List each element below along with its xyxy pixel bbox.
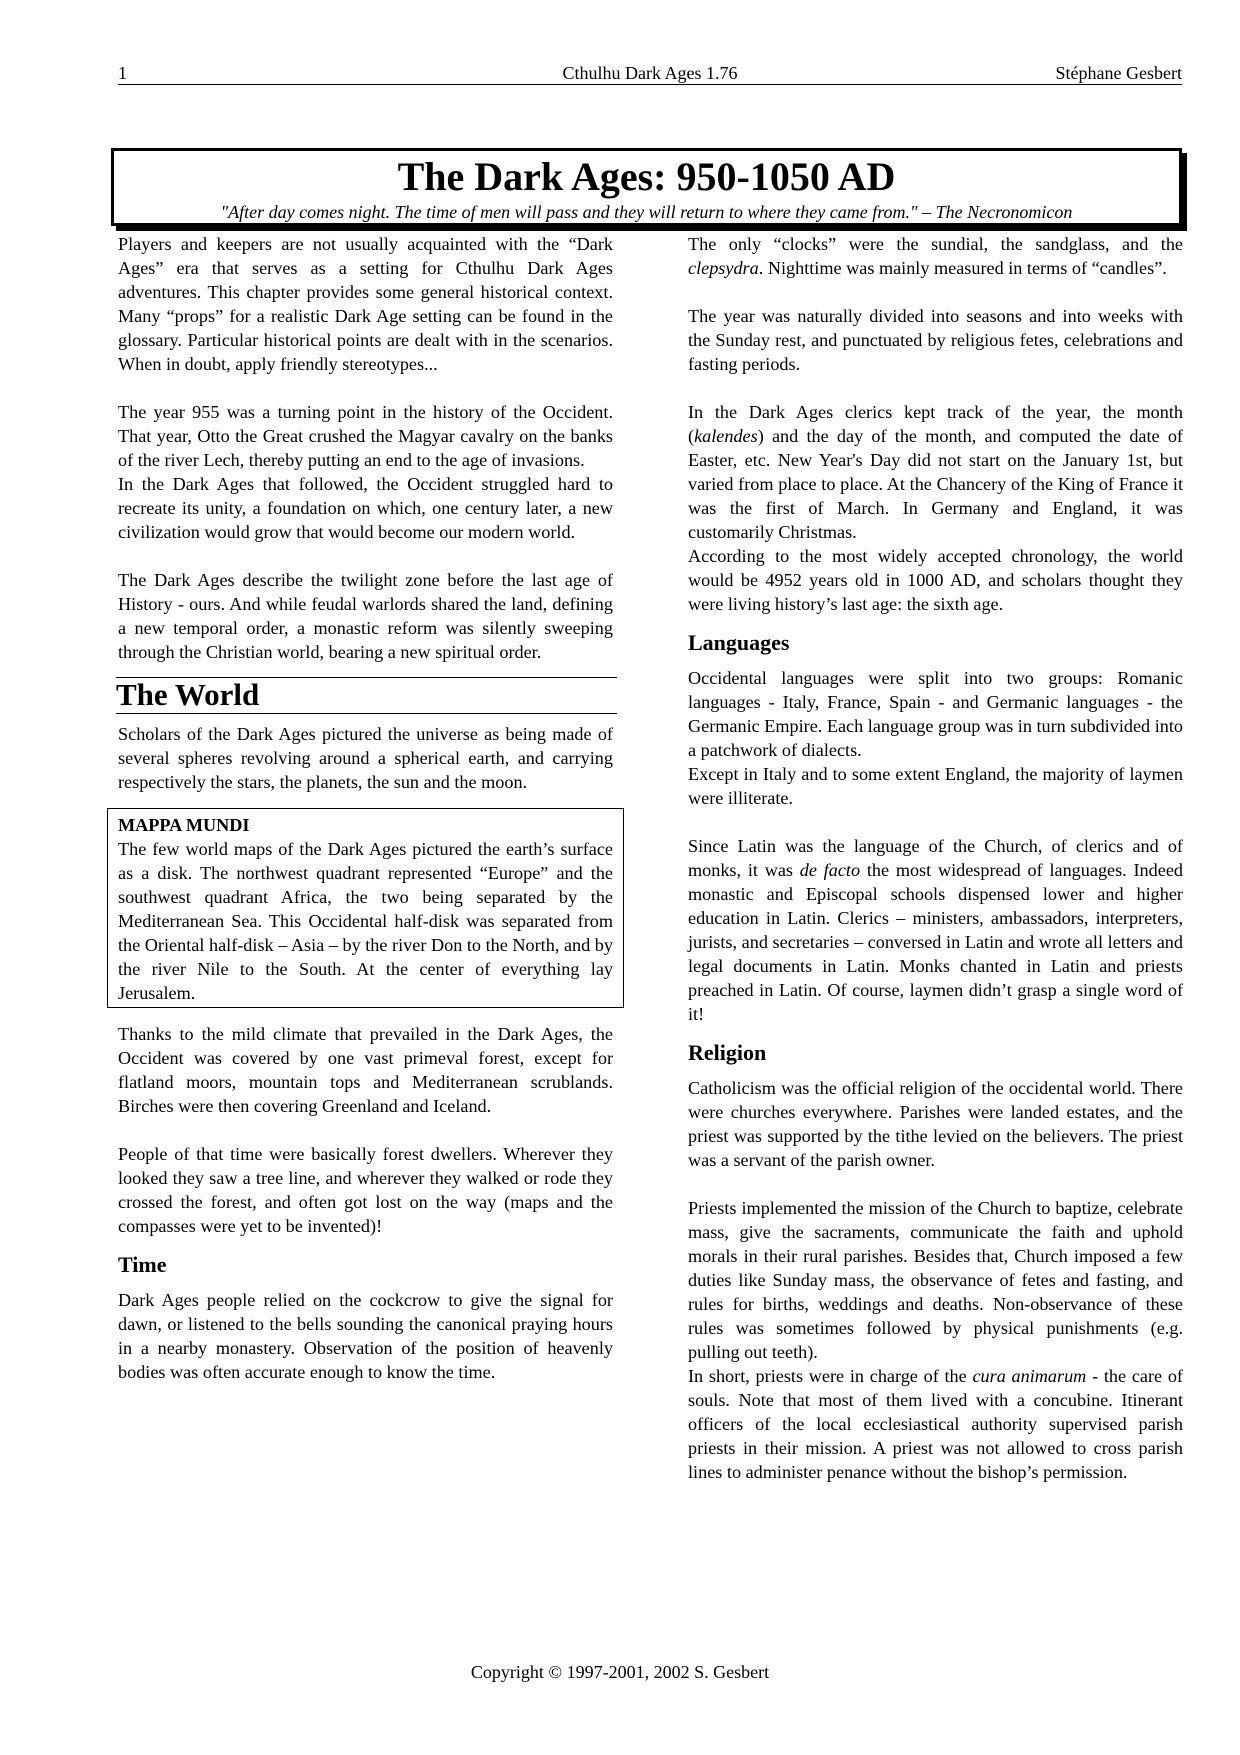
mappa-mundi-sidebar: MAPPA MUNDI The few world maps of the Da… (107, 808, 624, 1008)
author-name: Stéphane Gesbert (1056, 62, 1182, 84)
chapter-title-box: The Dark Ages: 950-1050 AD "After day co… (111, 148, 1182, 226)
running-header: 1 Cthulhu Dark Ages 1.76 Stéphane Gesber… (118, 62, 1182, 85)
paragraph: The Dark Ages describe the twilight zone… (118, 568, 613, 664)
paragraph: The year was naturally divided into seas… (688, 304, 1183, 376)
paragraph: In the Dark Ages that followed, the Occi… (118, 472, 613, 544)
paragraph: Since Latin was the language of the Chur… (688, 834, 1183, 1026)
chapter-epigraph: "After day comes night. The time of men … (114, 201, 1179, 223)
paragraph: Occidental languages were split into two… (688, 666, 1183, 762)
subsection-heading-languages: Languages (688, 630, 1183, 656)
paragraph: Except in Italy and to some extent Engla… (688, 762, 1183, 810)
sidebar-title: MAPPA MUNDI (118, 813, 613, 837)
paragraph: People of that time were basically fores… (118, 1142, 613, 1238)
right-column: The only “clocks” were the sundial, the … (688, 232, 1183, 1484)
left-column: Players and keepers are not usually acqu… (118, 232, 613, 1384)
paragraph: Catholicism was the official religion of… (688, 1076, 1183, 1172)
copyright-footer: Copyright © 1997-2001, 2002 S. Gesbert (0, 1661, 1240, 1683)
paragraph: The year 955 was a turning point in the … (118, 400, 613, 472)
sidebar-text: The few world maps of the Dark Ages pict… (118, 837, 613, 1005)
section-heading-the-world: The World (116, 677, 617, 714)
paragraph: Scholars of the Dark Ages pictured the u… (118, 722, 613, 794)
paragraph: Thanks to the mild climate that prevaile… (118, 1022, 613, 1118)
paragraph: Players and keepers are not usually acqu… (118, 232, 613, 376)
document-title: Cthulhu Dark Ages 1.76 (118, 62, 1182, 84)
subsection-heading-time: Time (118, 1252, 613, 1278)
subsection-heading-religion: Religion (688, 1040, 1183, 1066)
paragraph: In the Dark Ages clerics kept track of t… (688, 400, 1183, 544)
chapter-title: The Dark Ages: 950-1050 AD (114, 151, 1179, 199)
paragraph: In short, priests were in charge of the … (688, 1364, 1183, 1484)
paragraph: According to the most widely accepted ch… (688, 544, 1183, 616)
paragraph: Dark Ages people relied on the cockcrow … (118, 1288, 613, 1384)
paragraph: The only “clocks” were the sundial, the … (688, 232, 1183, 280)
paragraph: Priests implemented the mission of the C… (688, 1196, 1183, 1364)
